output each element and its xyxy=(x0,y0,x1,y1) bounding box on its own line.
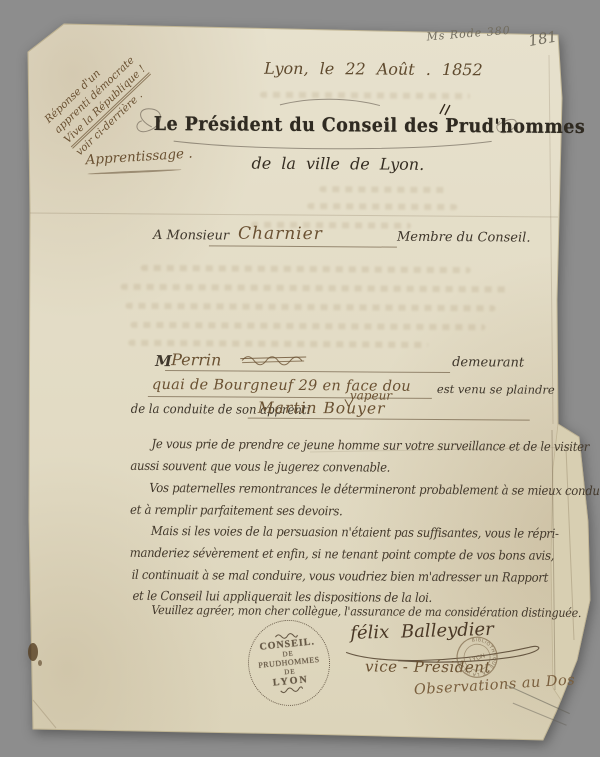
bleedthrough-ghost-line xyxy=(307,203,457,210)
name-line xyxy=(165,370,450,373)
recipient-name: Charnier xyxy=(238,224,323,245)
letterhead-subtitle: de la ville de Lyon. xyxy=(251,154,424,174)
bleedthrough-ghost-line xyxy=(125,303,495,312)
demeurant-label: demeurant xyxy=(452,355,524,371)
stamp-ornament-bottom xyxy=(278,686,305,696)
body-line: manderiez sévèrement et enfin, si ne ten… xyxy=(130,545,554,563)
pencil-squiggle xyxy=(513,703,567,726)
letterhead-title: Le Président du Conseil des Prud'hommes xyxy=(154,113,586,138)
bleedthrough-ghost-line xyxy=(141,265,471,273)
bleedthrough-ghost-line xyxy=(121,284,511,293)
body-line: Vos paternelles remontrances le détermin… xyxy=(149,480,600,498)
pencil-folio-number: 181 xyxy=(527,27,558,50)
apprentice-underline xyxy=(248,418,530,421)
body-line: Je vous prie de prendre ce jeune homme s… xyxy=(152,436,590,454)
recipient-underline xyxy=(209,245,397,247)
crossed-out-scribble xyxy=(240,352,308,366)
m-label: M xyxy=(155,352,172,370)
subject-underline xyxy=(87,169,181,175)
body-line: et à remplir parfaitement ses devoirs. xyxy=(130,502,342,518)
scanned-letter-page: Ms Rode 380 181 Réponse d'un apprenti dé… xyxy=(0,0,600,757)
bleedthrough-ghost-line xyxy=(319,186,449,193)
salutation-label: A Monsieur xyxy=(153,228,229,244)
ink-insertion-mark xyxy=(437,102,451,116)
recipient-title: Membre du Conseil. xyxy=(397,230,531,246)
closing-line: Veuillez agréer, mon cher collègue, l'as… xyxy=(151,603,581,620)
letter-content: Ms Rode 380 181 Réponse d'un apprenti dé… xyxy=(0,0,600,757)
body-line: aussi souvent que vous le jugerez conven… xyxy=(130,458,390,475)
body-line: il continuait à se mal conduire, vous vo… xyxy=(132,567,548,585)
apprentice-name: Martin Bouyer xyxy=(258,399,386,418)
body-line: Mais si les voies de la persuasion n'éta… xyxy=(151,523,559,541)
bleedthrough-ghost-line xyxy=(128,340,428,348)
round-stamp-center-text: LYON xyxy=(469,653,486,664)
pencil-shelfmark: Ms Rode 380 xyxy=(426,24,511,44)
complaint-continuation: est venu se plaindre xyxy=(437,382,555,397)
verso-note: Observations au Dos xyxy=(414,672,576,698)
complainant-name: Perrin xyxy=(171,350,221,369)
dateline: Lyon, le 22 Août . 1852 xyxy=(264,59,483,80)
oval-council-stamp: CONSEIL. DE PRUDHOMMES DE LYON xyxy=(244,616,334,710)
bleedthrough-ghost-line xyxy=(130,322,485,330)
